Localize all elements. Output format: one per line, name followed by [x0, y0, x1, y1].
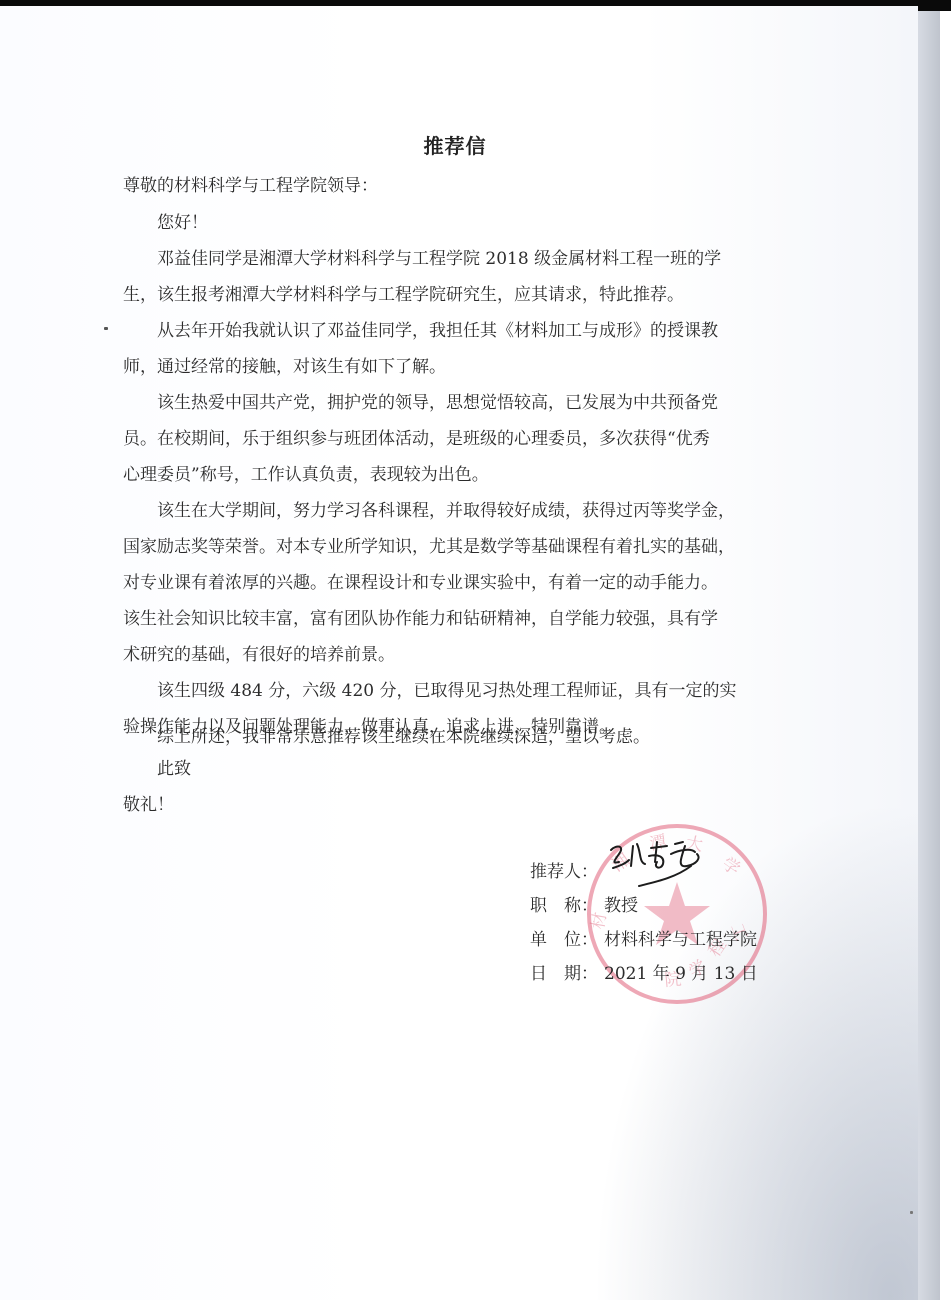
date-value: 2021 年 9 月 13 日 — [604, 964, 758, 984]
title-label: 职 称： — [530, 894, 604, 918]
paragraph-line: 该生四级 484 分，六级 420 分，已取得见习热处理工程师证，具有一定的实 — [157, 679, 737, 703]
paragraph-line: 从去年开始我就认识了邓益佳同学，我担任其《材料加工与成形》的授课教 — [157, 319, 718, 343]
date-row: 日 期：2021 年 9 月 13 日 — [530, 962, 758, 986]
paragraph-line: 术研究的基础，有很好的培养前景。 — [123, 643, 395, 667]
paragraph-line: 生，该生报考湘潭大学材料科学与工程学院研究生，应其请求，特此推荐。 — [123, 283, 684, 307]
title-row: 职 称：教授 — [530, 894, 638, 918]
paragraph-line: 该生社会知识比较丰富，富有团队协作能力和钻研精神，自学能力较强，具有学 — [123, 607, 718, 631]
scan-speck — [910, 1211, 913, 1214]
unit-value: 材料科学与工程学院 — [604, 930, 757, 950]
paragraph-line: 国家励志奖等荣誉。对本专业所学知识，尤其是数学等基础课程有着扎实的基础， — [123, 535, 735, 559]
recommender-row: 推荐人： — [530, 860, 604, 884]
greeting: 您好！ — [157, 211, 208, 235]
scan-speck — [104, 327, 108, 330]
scan-top-border-right — [918, 0, 951, 11]
paragraph-line: 师，通过经常的接触，对该生有如下了解。 — [123, 355, 446, 379]
scan-bottom-margin — [0, 1300, 951, 1308]
unit-row: 单 位：材料科学与工程学院 — [530, 928, 757, 952]
paragraph-line: 心理委员”称号，工作认真负责，表现较为出色。 — [123, 463, 489, 487]
scan-page-edge — [918, 11, 940, 1302]
letter-title: 推荐信 — [0, 130, 910, 159]
date-label: 日 期： — [530, 962, 604, 986]
title-value: 教授 — [604, 896, 638, 916]
paragraph-line: 综上所述，我非常乐意推荐该生继续在本院继续深造，望以考虑。 — [157, 725, 650, 749]
closing-regards: 敬礼！ — [123, 793, 174, 817]
recommender-label: 推荐人： — [530, 860, 604, 884]
paragraph-line: 对专业课有着浓厚的兴趣。在课程设计和专业课实验中，有着一定的动手能力。 — [123, 571, 718, 595]
paragraph-line: 员。在校期间，乐于组织参与班团体活动，是班级的心理委员，多次获得“优秀 — [123, 427, 710, 451]
paragraph-line: 该生在大学期间，努力学习各科课程，并取得较好成绩，获得过丙等奖学金， — [157, 499, 735, 523]
salutation: 尊敬的材料科学与工程学院领导： — [123, 174, 378, 198]
paragraph-line: 邓益佳同学是湘潭大学材料科学与工程学院 2018 级金属材料工程一班的学 — [157, 247, 721, 271]
paragraph-line: 该生热爱中国共产党，拥护党的领导，思想觉悟较高，已发展为中共预备党 — [157, 391, 718, 415]
unit-label: 单 位： — [530, 928, 604, 952]
closing-respect: 此致 — [157, 757, 191, 781]
